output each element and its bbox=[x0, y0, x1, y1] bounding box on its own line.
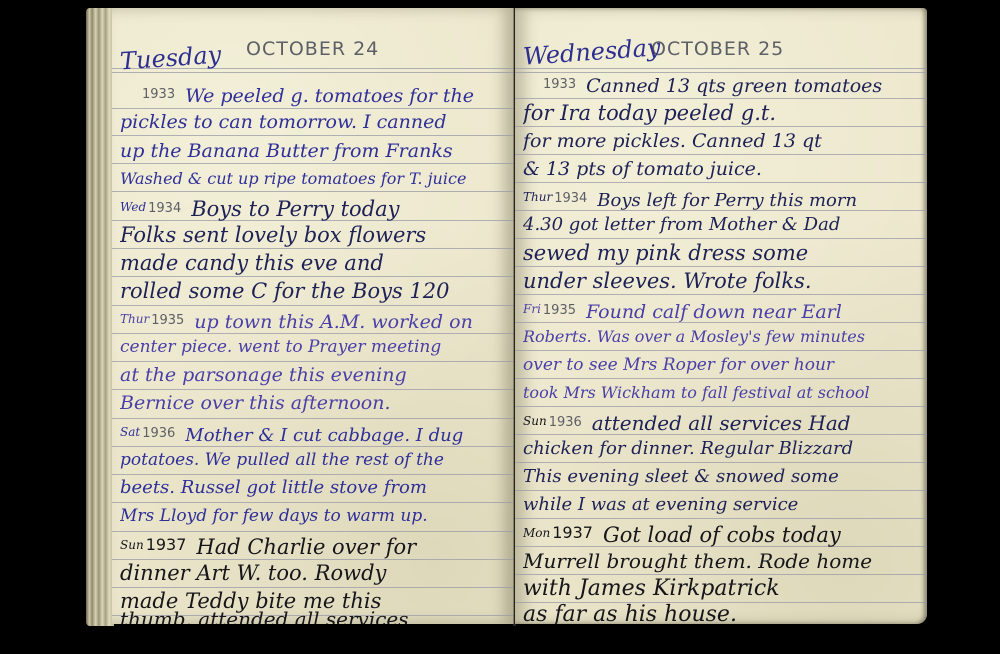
entry-line: Sun1937Had Charlie over for bbox=[120, 530, 508, 560]
entry-text: for Ira today peeled g.t. bbox=[523, 101, 776, 125]
entry-year: 1936 bbox=[142, 426, 175, 441]
entry-line: pickles to can tomorrow. I canned bbox=[120, 107, 508, 137]
entry-line: under sleeves. Wrote folks. bbox=[523, 266, 921, 296]
entry-line: chicken for dinner. Regular Blizzard bbox=[523, 434, 921, 464]
day-name: Wednesday bbox=[522, 33, 661, 71]
entry-text: with James Kirkpatrick bbox=[523, 576, 780, 601]
entry-text: Mother & I cut cabbage. I dug bbox=[185, 425, 463, 446]
right-page: OCTOBER 25 Wednesday 1933Canned 13 qts g… bbox=[515, 8, 927, 624]
entry-line: rolled some C for the Boys 120 bbox=[120, 276, 508, 306]
entry-line: This evening sleet & snowed some bbox=[523, 462, 921, 492]
entry-line: Murrell brought them. Rode home bbox=[523, 546, 921, 576]
entry-text: up the Banana Butter from Franks bbox=[120, 140, 453, 162]
entry-line: Fri1935Found calf down near Earl bbox=[523, 294, 921, 324]
entry-text: Had Charlie over for bbox=[196, 535, 416, 559]
entry-line: sewed my pink dress some bbox=[523, 238, 921, 268]
entry-year: 1935 bbox=[151, 313, 184, 328]
entry-line: beets. Russel got little stove from bbox=[120, 473, 508, 503]
entry-text: under sleeves. Wrote folks. bbox=[523, 269, 812, 293]
entry-weekday: Wed bbox=[120, 200, 146, 214]
entry-line: Thur1935up town this A.M. worked on bbox=[120, 304, 508, 334]
entry-line: while I was at evening service bbox=[523, 490, 921, 520]
entry-line: Folks sent lovely box flowers bbox=[120, 220, 508, 250]
entry-text: made candy this eve and bbox=[120, 251, 384, 275]
entry-text: Boys left for Perry this morn bbox=[597, 190, 857, 211]
entry-text: potatoes. We pulled all the rest of the bbox=[120, 450, 444, 470]
open-diary: OCTOBER 24 Tuesday 1933We peeled g. toma… bbox=[86, 8, 936, 626]
entry-text: took Mrs Wickham to fall festival at sch… bbox=[523, 383, 870, 402]
entry-text: & 13 pts of tomato juice. bbox=[523, 158, 762, 180]
entry-text: Boys to Perry today bbox=[191, 197, 399, 221]
entry-line: Mrs Lloyd for few days to warm up. bbox=[120, 501, 508, 531]
entry-text: Mrs Lloyd for few days to warm up. bbox=[120, 506, 428, 526]
entry-text: beets. Russel got little stove from bbox=[120, 477, 427, 498]
date-header: OCTOBER 25 bbox=[651, 38, 784, 60]
entry-text: sewed my pink dress some bbox=[523, 241, 808, 265]
entry-weekday: Fri bbox=[523, 302, 541, 316]
entry-line: over to see Mrs Roper for over hour bbox=[523, 350, 921, 380]
entry-text: for more pickles. Canned 13 qt bbox=[523, 130, 822, 152]
entry-text: Bernice over this afternoon. bbox=[120, 392, 391, 414]
entry-line: Thur1934Boys left for Perry this morn bbox=[523, 182, 921, 212]
entry-weekday: Sun bbox=[523, 414, 547, 428]
entry-text: while I was at evening service bbox=[523, 494, 798, 515]
entry-text: Got load of cobs today bbox=[603, 523, 841, 547]
entry-line: center piece. went to Prayer meeting bbox=[120, 332, 508, 362]
entry-text: at the parsonage this evening bbox=[120, 364, 407, 386]
entry-line: 1933Canned 13 qts green tomatoes bbox=[543, 70, 921, 100]
entry-text: dinner Art W. too. Rowdy bbox=[120, 561, 386, 585]
entry-text: Roberts. Was over a Mosley's few minutes bbox=[523, 327, 865, 346]
entry-line: Sat1936Mother & I cut cabbage. I dug bbox=[120, 417, 508, 447]
entry-text: as far as his house. bbox=[523, 602, 737, 624]
entry-text: Murrell brought them. Rode home bbox=[523, 549, 872, 573]
entry-text: chicken for dinner. Regular Blizzard bbox=[523, 438, 853, 459]
entry-year: 1933 bbox=[142, 87, 175, 102]
page-edges bbox=[86, 8, 114, 626]
entry-line: Bernice over this afternoon. bbox=[120, 388, 508, 418]
entry-line: 1933We peeled g. tomatoes for the bbox=[142, 80, 508, 110]
entry-text: Canned 13 qts green tomatoes bbox=[586, 75, 882, 97]
entry-line: as far as his house. bbox=[523, 600, 921, 624]
entry-line: for Ira today peeled g.t. bbox=[523, 98, 921, 128]
entry-year: 1937 bbox=[146, 535, 187, 554]
entry-text: thumb. attended all services bbox=[120, 607, 409, 624]
entry-text: pickles to can tomorrow. I canned bbox=[120, 111, 446, 133]
entry-year: 1936 bbox=[549, 415, 582, 430]
entry-text: Folks sent lovely box flowers bbox=[120, 223, 426, 247]
entry-text: center piece. went to Prayer meeting bbox=[120, 337, 441, 357]
entry-line: 4.30 got letter from Mother & Dad bbox=[523, 210, 921, 240]
entry-text: up town this A.M. worked on bbox=[194, 311, 473, 333]
entry-line: Roberts. Was over a Mosley's few minutes bbox=[523, 322, 921, 352]
entry-line: Sun1936attended all services Had bbox=[523, 406, 921, 436]
entry-year: 1933 bbox=[543, 77, 576, 92]
entry-text: Washed & cut up ripe tomatoes for T. jui… bbox=[120, 169, 466, 188]
entry-text: This evening sleet & snowed some bbox=[523, 466, 839, 487]
entry-line: & 13 pts of tomato juice. bbox=[523, 154, 921, 184]
entry-weekday: Mon bbox=[523, 526, 550, 540]
entry-weekday: Thur bbox=[120, 312, 149, 326]
entry-text: 4.30 got letter from Mother & Dad bbox=[523, 214, 840, 235]
entry-line: at the parsonage this evening bbox=[120, 360, 508, 390]
entry-text: attended all services Had bbox=[592, 411, 851, 435]
entry-text: We peeled g. tomatoes for the bbox=[185, 85, 474, 107]
entry-year: 1934 bbox=[148, 201, 181, 216]
entry-text: Found calf down near Earl bbox=[586, 301, 842, 323]
entry-year: 1935 bbox=[543, 303, 576, 318]
entry-line: took Mrs Wickham to fall festival at sch… bbox=[523, 378, 921, 408]
entry-text: over to see Mrs Roper for over hour bbox=[523, 355, 834, 375]
entry-line: up the Banana Butter from Franks bbox=[120, 136, 508, 166]
entry-line: potatoes. We pulled all the rest of the bbox=[120, 445, 508, 475]
entry-weekday: Sun bbox=[120, 538, 144, 552]
entry-line: made candy this eve and bbox=[120, 248, 508, 278]
entry-text: rolled some C for the Boys 120 bbox=[120, 279, 450, 303]
entry-weekday: Sat bbox=[120, 425, 140, 439]
entry-line: Washed & cut up ripe tomatoes for T. jui… bbox=[120, 164, 508, 194]
entry-line: Mon1937Got load of cobs today bbox=[523, 518, 921, 548]
entry-weekday: Thur bbox=[523, 190, 552, 204]
entry-line: thumb. attended all services bbox=[120, 612, 508, 624]
date-header: OCTOBER 24 bbox=[246, 38, 379, 60]
entry-line: Wed1934Boys to Perry today bbox=[120, 192, 508, 222]
entry-year: 1934 bbox=[554, 191, 587, 206]
entry-year: 1937 bbox=[552, 523, 593, 542]
entry-line: dinner Art W. too. Rowdy bbox=[120, 558, 508, 588]
entry-line: for more pickles. Canned 13 qt bbox=[523, 126, 921, 156]
left-page: OCTOBER 24 Tuesday 1933We peeled g. toma… bbox=[112, 8, 514, 624]
